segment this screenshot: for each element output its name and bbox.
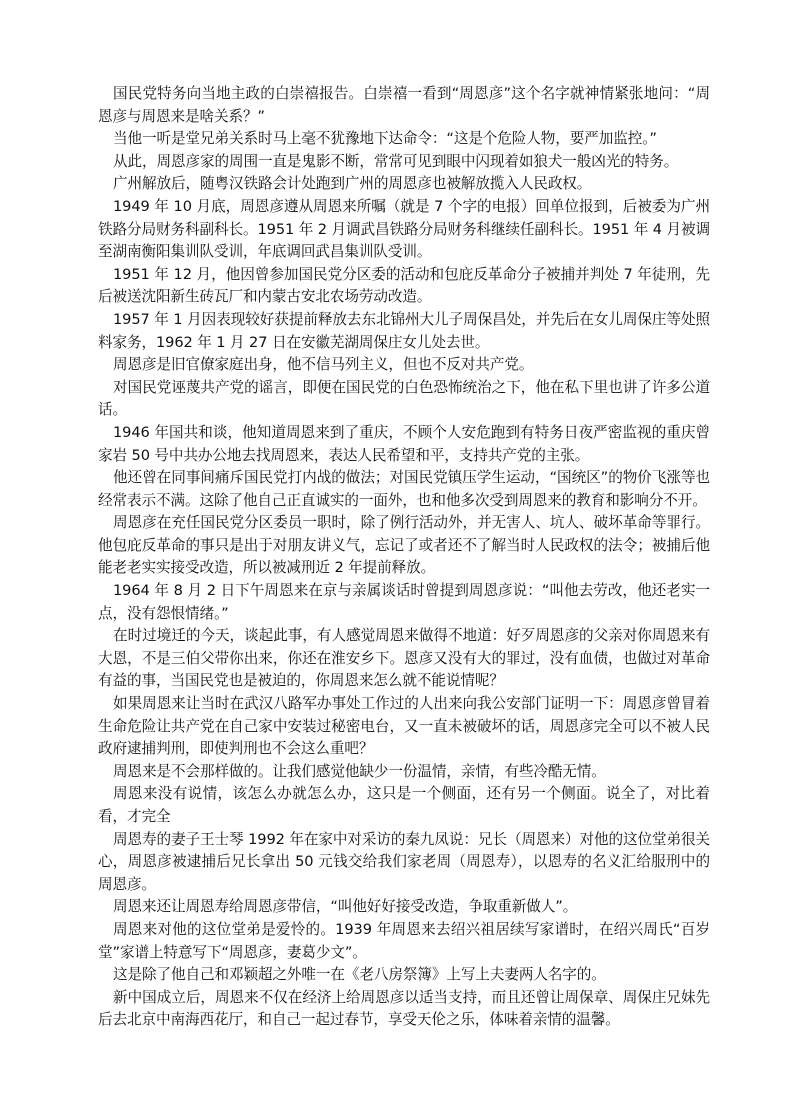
paragraph: 周恩彦是旧官僚家庭出身，他不信马列主义，但也不反对共产党。 [98,354,710,377]
paragraph: 周恩彦在充任国民党分区委员一职时，除了例行活动外，并无害人、坑人、破坏革命等罪行… [98,512,710,580]
paragraph: 1957 年 1 月因表现较好获提前释放去东北锦州大儿子周保昌处，并先后在女儿周… [98,309,710,354]
paragraph: 国民党特务向当地主政的白崇禧报告。白崇禧一看到“周恩彦”这个名字就神情紧张地问：… [98,83,710,128]
paragraph: 周恩来对他的这位堂弟是爱怜的。1939 年周恩来去绍兴祖居续写家谱时，在绍兴周氏… [98,919,710,964]
paragraph: 周恩来没有说情，该怎么办就怎么办，这只是一个侧面，还有另一个侧面。说全了，对比着… [98,783,710,828]
paragraph: 在时过境迁的今天，谈起此事，有人感觉周恩来做得不地道：好歹周恩彦的父亲对你周恩来… [98,625,710,693]
paragraph: 这是除了他自己和邓颖超之外唯一在《老八房祭簿》上写上夫妻两人名字的。 [98,964,710,987]
paragraph: 周恩来还让周恩寿给周恩彦带信，“叫他好好接受改造，争取重新做人”。 [98,896,710,919]
paragraph: 从此，周恩彦家的周围一直是鬼影不断，常常可见到眼中闪现着如狼犬一般凶光的特务。 [98,151,710,174]
paragraph: 对国民党诬蔑共产党的谣言，即便在国民党的白色恐怖统治之下，他在私下里也讲了许多公… [98,377,710,422]
paragraph: 1949 年 10 月底，周恩彦遵从周恩来所嘱（就是 7 个字的电报）回单位报到… [98,196,710,264]
paragraph: 1946 年国共和谈，他知道周恩来到了重庆，不顾个人安危跑到有特务日夜严密监视的… [98,422,710,467]
document-page: 国民党特务向当地主政的白崇禧报告。白崇禧一看到“周恩彦”这个名字就神情紧张地问：… [98,83,710,1032]
paragraph: 1964 年 8 月 2 日下午周恩来在京与亲属谈话时曾提到周恩彦说：“叫他去劳… [98,580,710,625]
paragraph: 周恩寿的妻子王士琴 1992 年在家中对采访的秦九凤说：兄长（周恩来）对他的这位… [98,829,710,897]
paragraph: 新中国成立后，周恩来不仅在经济上给周恩彦以适当支持，而且还曾让周保章、周保庄兄妹… [98,987,710,1032]
paragraph: 周恩来是不会那样做的。让我们感觉他缺少一份温情，亲情，有些冷酷无情。 [98,761,710,784]
paragraph: 1951 年 12 月，他因曾参加国民党分区委的活动和包庇反革命分子被捕并判处 … [98,264,710,309]
paragraph: 如果周恩来让当时在武汉八路军办事处工作过的人出来向我公安部门证明一下：周恩彦曾冒… [98,693,710,761]
paragraph: 广州解放后，随粤汉铁路会计处跑到广州的周恩彦也被解放揽入人民政权。 [98,173,710,196]
paragraph: 他还曾在同事间痛斥国民党打内战的做法；对国民党镇压学生运动，“国统区”的物价飞涨… [98,467,710,512]
paragraph: 当他一听是堂兄弟关系时马上毫不犹豫地下达命令：“这是个危险人物，要严加监控。” [98,128,710,151]
